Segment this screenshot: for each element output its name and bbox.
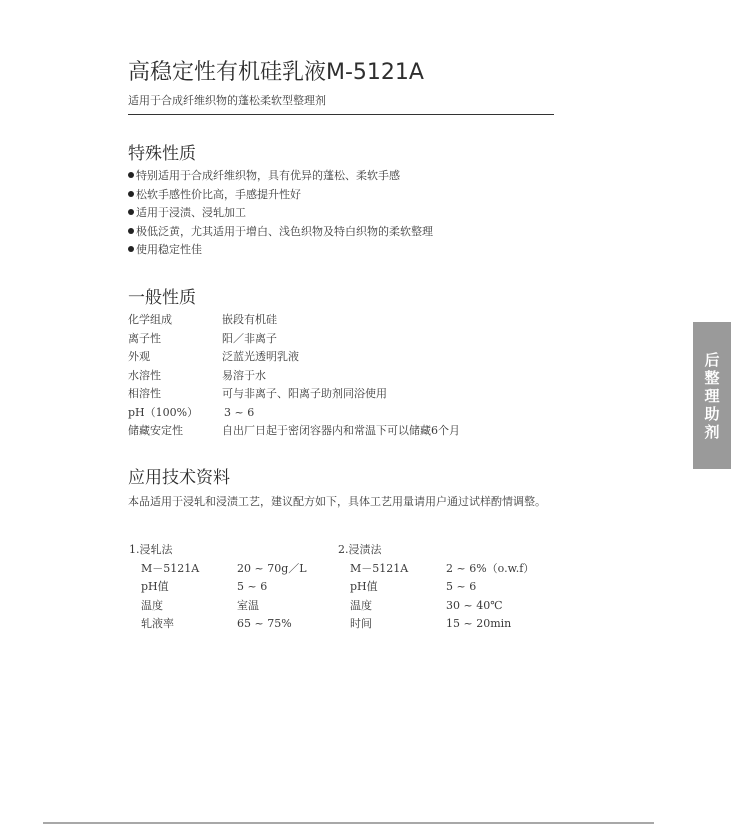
property-label: 离子性 [128,330,161,349]
list-item: 使用稳定性佳 [128,241,433,260]
application-heading: 应用技术资料 [128,467,230,489]
method-value: 30 ~ 40℃ [446,597,503,616]
method-row: 温度 30 ~ 40℃ [338,597,558,616]
method-title: 2.浸渍法 [338,541,558,560]
method-param: pH值 [350,578,378,597]
bullet-icon [128,228,134,234]
method-row: 温度 室温 [129,597,329,616]
method-param: pH值 [141,578,169,597]
list-item: 极低泛黄，尤其适用于增白、浅色织物及特白织物的柔软整理 [128,223,433,242]
property-value: 自出厂日起于密闭容器内和常温下可以储藏6个月 [222,422,460,441]
list-item: 适用于浸渍、浸轧加工 [128,204,433,223]
property-label: 化学组成 [128,311,172,330]
side-tab-char: 后 [704,351,719,369]
method-value: 20 ~ 70g／L [237,560,307,579]
property-value: 易溶于水 [222,367,266,386]
method-value: 15 ~ 20min [446,615,511,634]
method-row: pH值 5 ~ 6 [338,578,558,597]
property-label: 外观 [128,348,150,367]
list-item-text: 极低泛黄，尤其适用于增白、浅色织物及特白织物的柔软整理 [136,225,433,238]
method-row: 时间 15 ~ 20min [338,615,558,634]
method-row: M－5121A 20 ~ 70g／L [129,560,329,579]
method-value: 5 ~ 6 [237,578,267,597]
list-item: 特别适用于合成纤维织物，具有优异的蓬松、柔软手感 [128,167,433,186]
property-value: 可与非离子、阳离子助剂同浴使用 [222,385,387,404]
side-tab-char: 剂 [704,423,719,441]
property-label: 水溶性 [128,367,161,386]
property-value: 阳／非离子 [222,330,277,349]
bullet-icon [128,209,134,215]
bullet-icon [128,191,134,197]
application-intro: 本品适用于浸轧和浸渍工艺，建议配方如下，具体工艺用量请用户通过试样酌情调整。 [128,492,558,511]
product-subtitle: 适用于合成纤维织物的蓬松柔软型整理剂 [128,93,326,109]
method-padding: 1.浸轧法 M－5121A 20 ~ 70g／L pH值 5 ~ 6 温度 室温… [129,541,329,634]
bullet-icon [128,172,134,178]
property-value: 嵌段有机硅 [222,311,277,330]
method-value: 5 ~ 6 [446,578,476,597]
property-label: 储藏安定性 [128,422,183,441]
product-title: 高稳定性有机硅乳液M-5121A [128,58,424,88]
side-tab-char: 助 [704,405,719,423]
list-item-text: 使用稳定性佳 [136,243,202,256]
method-value: 2 ~ 6%（o.w.f） [446,560,534,579]
method-param: M－5121A [350,560,408,579]
method-exhaustion: 2.浸渍法 M－5121A 2 ~ 6%（o.w.f） pH值 5 ~ 6 温度… [338,541,558,634]
property-label: pH（100%） [128,404,198,423]
method-row: M－5121A 2 ~ 6%（o.w.f） [338,560,558,579]
category-side-tab: 后 整 理 助 剂 [693,322,731,469]
property-label: 相溶性 [128,385,161,404]
side-tab-char: 理 [704,387,719,405]
method-param: 温度 [350,597,372,616]
property-value: 3 ~ 6 [224,404,254,423]
method-row: 轧液率 65 ~ 75% [129,615,329,634]
method-param: 温度 [141,597,163,616]
footer-divider [43,822,654,824]
property-value: 泛蓝光透明乳液 [222,348,299,367]
general-properties-heading: 一般性质 [128,287,196,309]
special-properties-list: 特别适用于合成纤维织物，具有优异的蓬松、柔软手感 松软手感性价比高，手感提升性好… [128,167,433,260]
list-item-text: 特别适用于合成纤维织物，具有优异的蓬松、柔软手感 [136,169,400,182]
list-item-text: 松软手感性价比高，手感提升性好 [136,188,301,201]
special-properties-heading: 特殊性质 [128,143,196,165]
side-tab-char: 整 [704,369,719,387]
method-value: 室温 [237,597,259,616]
method-row: pH值 5 ~ 6 [129,578,329,597]
bullet-icon [128,246,134,252]
method-param: 轧液率 [141,615,174,634]
method-title: 1.浸轧法 [129,541,329,560]
method-param: 时间 [350,615,372,634]
method-value: 65 ~ 75% [237,615,292,634]
list-item-text: 适用于浸渍、浸轧加工 [136,206,246,219]
method-param: M－5121A [141,560,199,579]
list-item: 松软手感性价比高，手感提升性好 [128,186,433,205]
title-divider [128,114,554,115]
